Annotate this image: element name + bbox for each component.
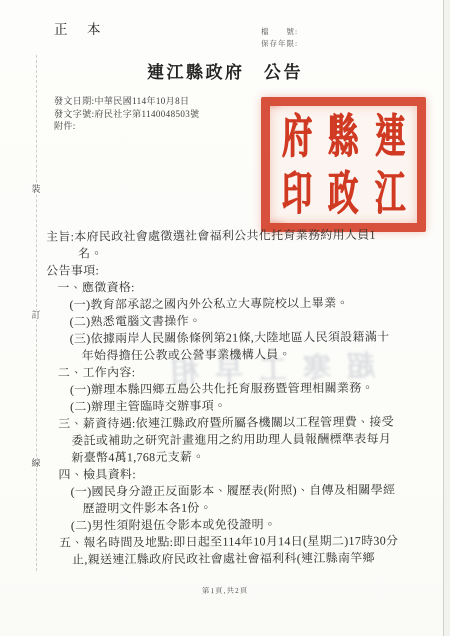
file-number-block: 檔 號: 保存年限: — [261, 26, 298, 50]
body-line: (三)依據兩岸人民關係條例第21條,大陸地區人民須設籍滿十 — [1, 328, 443, 348]
document-meta: 發文日期:中華民國114年10月8日 發文字號:府民社字第1140048503號… — [54, 95, 200, 133]
scanned-official-announcement: 正 本 檔 號: 保存年限: 連江縣政府 公告 發文日期:中華民國114年10月… — [0, 0, 450, 636]
document-title: 連江縣政府 公告 — [0, 58, 450, 83]
body-line: 止,親送連江縣政府民政社會處社會福利科(連江縣南竿鄉 — [2, 549, 444, 569]
retention-period-label: 保存年限: — [261, 38, 298, 50]
body-line: 五、報名時間及地點:即日起至114年10月14日(星期二)17時30分 — [2, 532, 444, 552]
file-number-label: 檔 號: — [261, 26, 298, 38]
seal-column-left: 府 印 — [274, 108, 320, 221]
seal-char-yin: 印 — [274, 150, 319, 235]
announcement-body: 主旨:本府民政社會處徵選社會福利公共化托育業務約用人員1 名。 公告事項: 一、… — [0, 226, 444, 569]
copy-type-label: 正 本 — [54, 18, 104, 38]
seal-column-middle: 縣 政 — [320, 108, 366, 221]
document-number: 發文字號:府民社字第1140048503號 — [54, 108, 200, 121]
seal-char-zheng: 政 — [321, 150, 366, 235]
body-line: 主旨:本府民政社會處徵選社會福利公共化托育業務約用人員1 — [0, 226, 442, 246]
attachment-label: 附件: — [54, 120, 200, 133]
seal-char-jiang: 江 — [367, 150, 412, 235]
binding-mark-zhuang: 裝 — [31, 184, 41, 194]
seal-column-right: 連 江 — [367, 108, 413, 221]
page-number-footer: 第1頁,共2頁 — [0, 583, 450, 599]
seal-characters: 府 印 縣 政 連 江 — [270, 106, 417, 223]
scan-edge-shade — [443, 0, 450, 636]
issue-date: 發文日期:中華民國114年10月8日 — [54, 95, 200, 108]
body-line: 委託或補助之研究計畫進用之約用助理人員報酬標準表每月 — [1, 430, 443, 450]
government-red-seal: 府 印 縣 政 連 江 — [261, 97, 426, 232]
body-line: (一)國民身分證正反面影本、履歷表(附照)、自傳及相關學經 — [2, 481, 444, 501]
